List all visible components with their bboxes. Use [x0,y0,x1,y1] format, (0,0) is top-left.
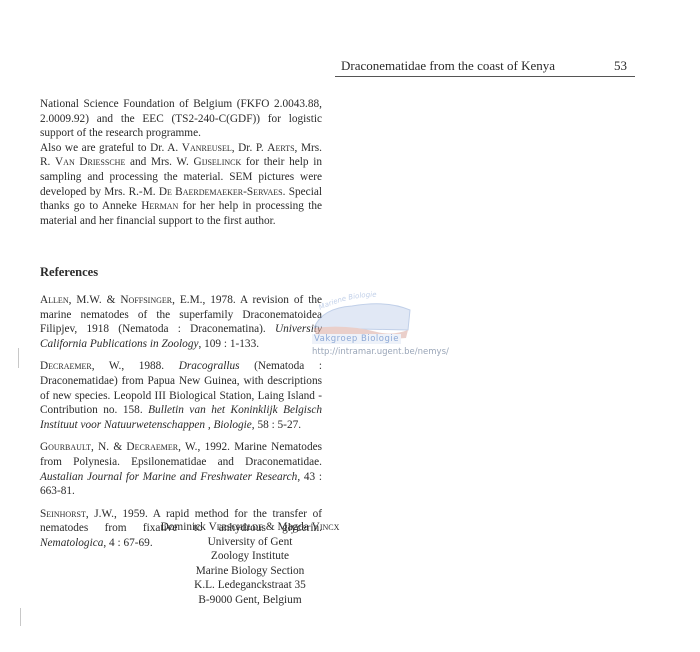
author-signature: Dominick Verschelde & Magda Vincx Univer… [120,520,380,608]
running-title: Draconematidae from the coast of Kenya [341,58,555,74]
signature-line: University of Gent [120,535,380,550]
references-list: Allen, M.W. & Noffsinger, E.M., 1978. A … [40,293,322,559]
reference-item: Gourbault, N. & Decraemer, W., 1992. Mar… [40,440,322,498]
signature-line: K.L. Ledeganckstraat 35 [120,578,380,593]
scan-mark [20,608,21,626]
signature-line: Zoology Institute [120,549,380,564]
page-number: 53 [614,58,627,74]
references-heading: References [40,265,98,280]
watermark-label: Vakgroep Biologie [312,334,401,344]
ack-paragraph-2: Also we are grateful to Dr. A. Vanreusel… [40,141,322,229]
scan-mark [18,348,19,368]
acknowledgements: National Science Foundation of Belgium (… [40,97,322,228]
reference-item: Decraemer, W., 1988. Dracograllus (Nemat… [40,359,322,432]
signature-authors: Dominick Verschelde & Magda Vincx [120,520,380,535]
svg-text:Mariene Biologie: Mariene Biologie [318,291,377,312]
running-header: Draconematidae from the coast of Kenya 5… [335,58,635,77]
ack-paragraph-1: National Science Foundation of Belgium (… [40,97,322,141]
reference-item: Allen, M.W. & Noffsinger, E.M., 1978. A … [40,293,322,351]
signature-line: Marine Biology Section [120,564,380,579]
watermark-url: http://intramar.ugent.be/nemys/ [312,347,449,357]
signature-line: B-9000 Gent, Belgium [120,593,380,608]
